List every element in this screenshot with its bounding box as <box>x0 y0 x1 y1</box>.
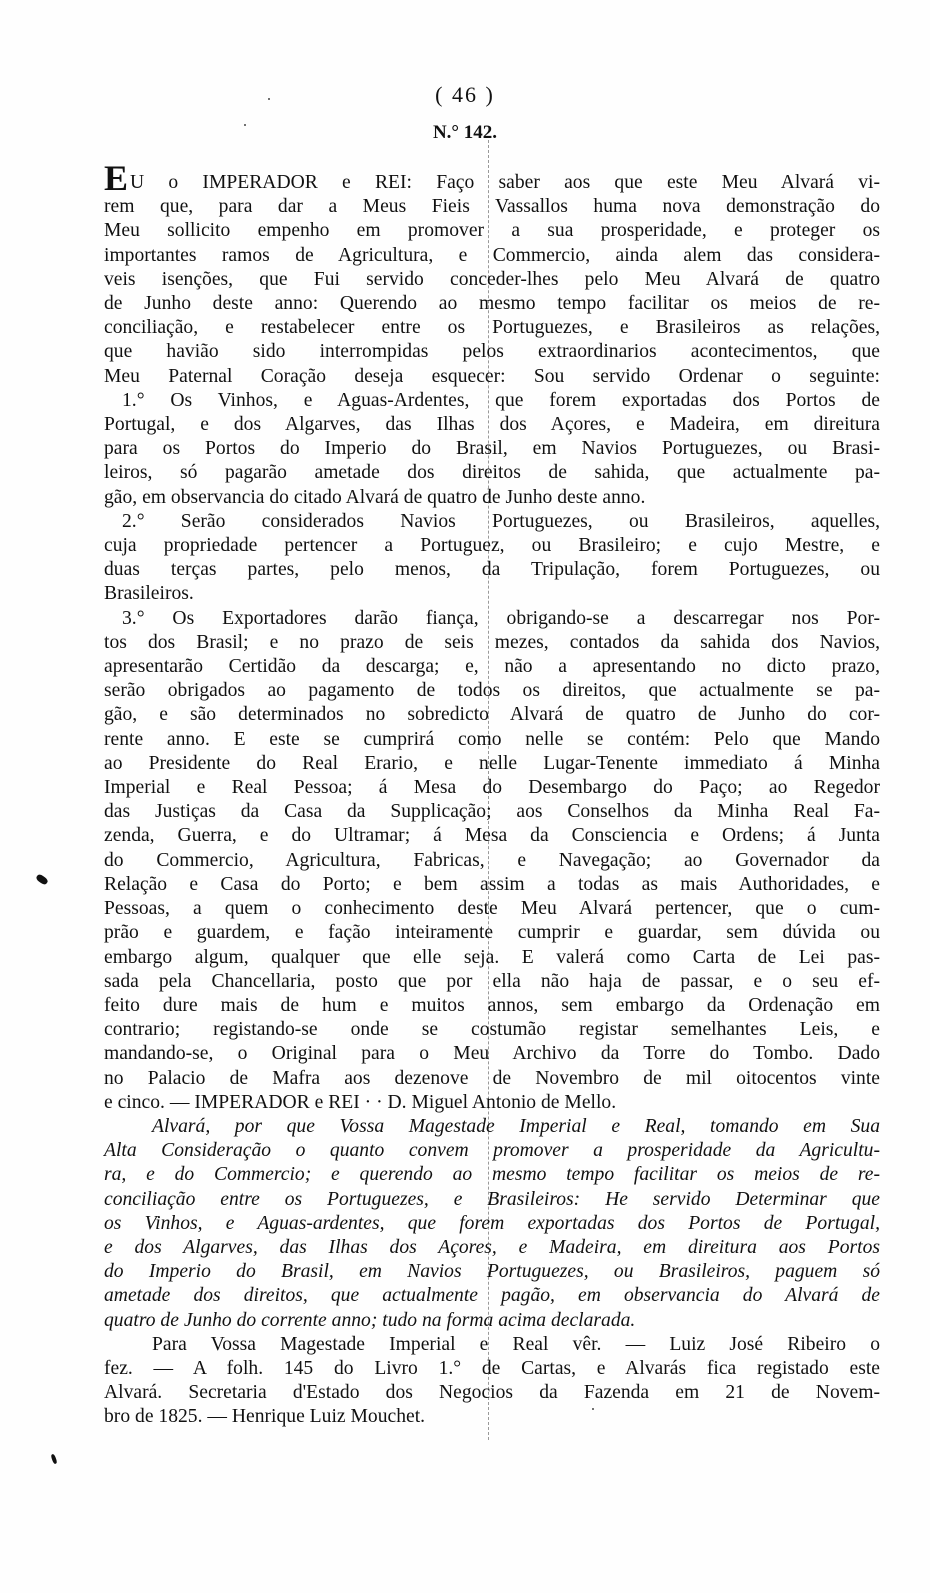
text-line: contrario; registando-se onde se costumã… <box>104 1018 880 1042</box>
text-line: zenda, Guerra, e do Ultramar; á Mesa da … <box>104 824 880 848</box>
text-line: 2.° Serão considerados Navios Portugueze… <box>104 510 880 534</box>
speck <box>244 124 246 126</box>
text-line: embargo algum, qualquer que elle seja. E… <box>104 946 880 970</box>
ink-blot-mark <box>50 1454 57 1465</box>
text-line: conciliação, e restabelecer entre os Por… <box>104 316 880 340</box>
text-line: 1.° Os Vinhos, e Aguas-Ardentes, que for… <box>104 389 880 413</box>
text-line: Para Vossa Magestade Imperial e Real vêr… <box>104 1333 880 1357</box>
text-line: conciliação entre os Portuguezes, e Bras… <box>104 1188 880 1212</box>
text-line: EU o IMPERADOR e REI: Faço saber aos que… <box>104 166 880 195</box>
drop-cap: E <box>104 158 128 198</box>
text-line: 3.° Os Exportadores darão fiança, obriga… <box>104 607 880 631</box>
text-line: gão, em observancia do citado Alvará de … <box>104 486 880 510</box>
text-line: do Commercio, Agricultura, Fabricas, e N… <box>104 849 880 873</box>
text-line: rem que, para dar a Meus Fieis Vassallos… <box>104 195 880 219</box>
text-line: importantes ramos de Agricultura, e Comm… <box>104 244 880 268</box>
text-line: Alvará, por que Vossa Magestade Imperial… <box>104 1115 880 1139</box>
text-line: serão obrigados ao pagamento de todos os… <box>104 679 880 703</box>
text-line: no Palacio de Mafra aos dezenove de Nove… <box>104 1067 880 1091</box>
text-line: sada pela Chancellaria, posto que por el… <box>104 970 880 994</box>
text-line: Brasileiros. <box>104 582 880 606</box>
text-line: de Junho deste anno: Querendo ao mesmo t… <box>104 292 880 316</box>
text-line: ametade dos direitos, que actualmente pa… <box>104 1284 880 1308</box>
text-line: Pessoas, a quem o conhecimento deste Meu… <box>104 897 880 921</box>
text-line: prão e guardem, e fação inteiramente cum… <box>104 921 880 945</box>
document-body: EU o IMPERADOR e REI: Faço saber aos que… <box>104 166 880 1430</box>
speck <box>268 98 270 100</box>
text-line: Portugal, e dos Algarves, das Ilhas dos … <box>104 413 880 437</box>
text-line: Imperial e Real Pessoa; á Mesa do Desemb… <box>104 776 880 800</box>
text-line: leiros, só pagarão ametade dos direitos … <box>104 461 880 485</box>
text-line: bro de 1825. — Henrique Luiz Mouchet. <box>104 1405 880 1429</box>
text-line: Meu Paternal Coração deseja esquecer: So… <box>104 365 880 389</box>
text-line: para os Portos do Imperio do Brasil, em … <box>104 437 880 461</box>
text-line: duas terças partes, pelo menos, da Tripu… <box>104 558 880 582</box>
ink-blot-mark <box>35 873 49 886</box>
opening-text: U o IMPERADOR e REI: Faço saber aos que … <box>130 172 880 193</box>
page-number: ( 46 ) <box>0 82 930 108</box>
text-line: que havião sido interrompidas pelos extr… <box>104 340 880 364</box>
text-line: ao Presidente do Real Erario, e nelle Lu… <box>104 752 880 776</box>
text-line: fez. — A folh. 145 do Livro 1.° de Carta… <box>104 1357 880 1381</box>
text-line: tos dos Brasil; e no prazo de seis mezes… <box>104 631 880 655</box>
text-line: e cinco. — IMPERADOR e REI · · D. Miguel… <box>104 1091 880 1115</box>
text-line: feito dure mais de hum e muitos annos, s… <box>104 994 880 1018</box>
document-number: N.° 142. <box>0 122 930 144</box>
text-line: Meu sollicito empenho em promover a sua … <box>104 219 880 243</box>
text-line: veis isenções, que Fui servido conceder-… <box>104 268 880 292</box>
text-line: rente anno. E este se cumprirá como nell… <box>104 728 880 752</box>
text-line: do Imperio do Brasil, em Navios Portugue… <box>104 1260 880 1284</box>
text-line: mandando-se, o Original para o Meu Archi… <box>104 1042 880 1066</box>
text-line: Alvará. Secretaria d'Estado dos Negocios… <box>104 1381 880 1405</box>
text-line: Alta Consideração o quanto convem promov… <box>104 1139 880 1163</box>
text-line: apresentarão Certidão da descarga; e, nã… <box>104 655 880 679</box>
document-page: ( 46 ) N.° 142. EU o IMPERADOR e REI: Fa… <box>0 0 930 1593</box>
text-line: os Vinhos, e Aguas-ardentes, que forem e… <box>104 1212 880 1236</box>
text-line: Relação e Casa do Porto; e bem assim a t… <box>104 873 880 897</box>
text-line: quatro de Junho do corrente anno; tudo n… <box>104 1309 880 1333</box>
text-line: cuja propriedade pertencer a Portuguez, … <box>104 534 880 558</box>
text-line: das Justiças da Casa da Supplicação; aos… <box>104 800 880 824</box>
speck <box>592 1408 594 1410</box>
text-line: e dos Algarves, das Ilhas dos Açores, e … <box>104 1236 880 1260</box>
text-line: gão, e são determinados no sobredicto Al… <box>104 703 880 727</box>
text-line: ra, e do Commercio; e querendo ao mesmo … <box>104 1163 880 1187</box>
